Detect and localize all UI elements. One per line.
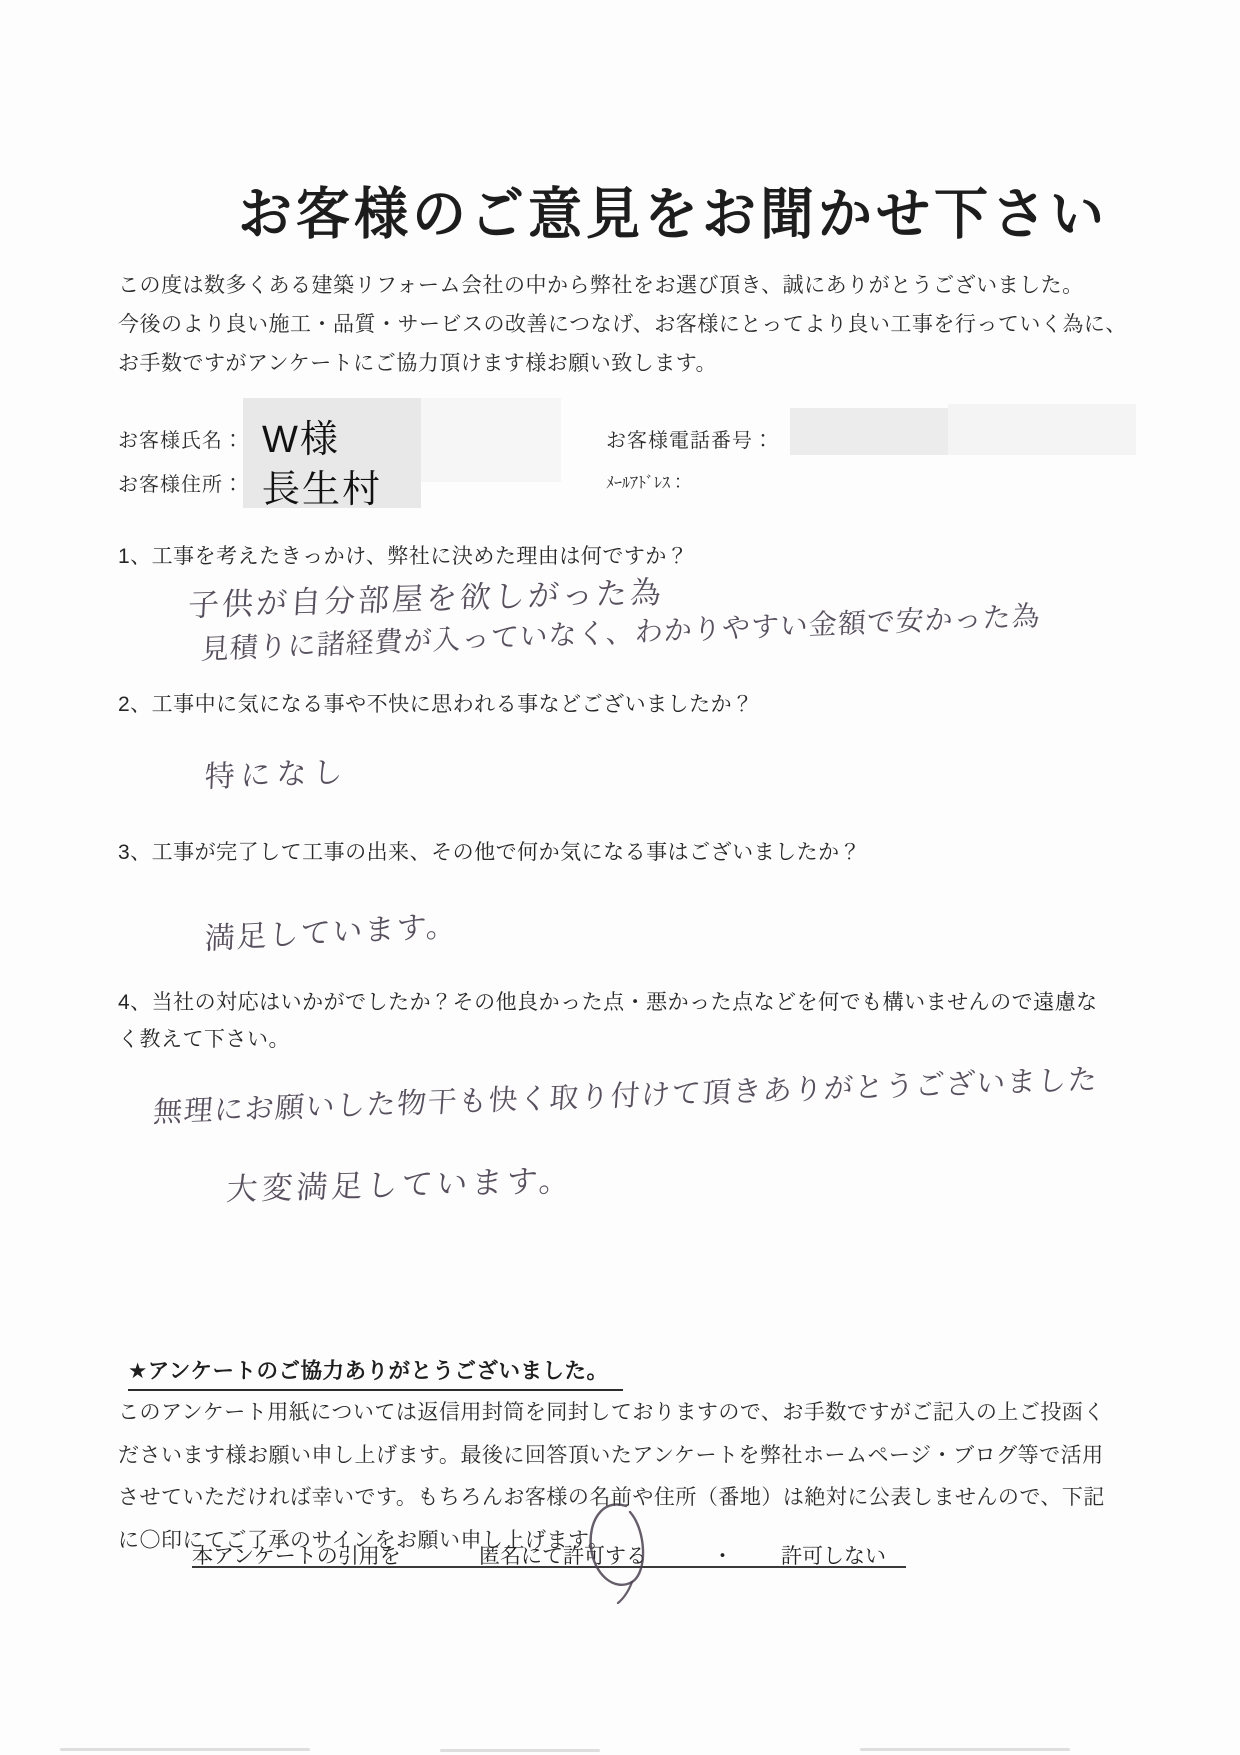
customer-address-label: お客様住所： (118, 468, 244, 497)
scan-artifact (860, 1748, 1070, 1751)
footer-heading: ★アンケートのご協力ありがとうございました。 (128, 1354, 623, 1391)
consent-separator-dot: ・ (712, 1540, 733, 1570)
consent-line: 本アンケートの引用を 匿名にて許可する ・ 許可しない (192, 1540, 906, 1568)
scanned-survey-page: お客様のご意見をお聞かせ下さい この度は数多くある建築リフォーム会社の中から弊社… (0, 0, 1240, 1755)
intro-paragraph: この度は数多くある建築リフォーム会社の中から弊社をお選び頂き、誠にありがとうござ… (118, 266, 1127, 383)
customer-email-label: ﾒｰﾙｱﾄﾞﾚｽ： (606, 470, 686, 493)
customer-name-value: W様 (262, 408, 340, 463)
question-4-line-1: 4、当社の対応はいかがでしたか？その他良かった点・悪かった点などを何でも構いませ… (118, 986, 1098, 1016)
customer-address-value: 長生村 (262, 458, 382, 513)
scan-artifact (440, 1749, 600, 1752)
question-3: 3、工事が完了して工事の出来、その他で何か気になる事はございましたか？ (118, 836, 861, 866)
question-4-line-2: く教えて下さい。 (118, 1023, 290, 1053)
customer-name-label: お客様氏名： (118, 424, 244, 453)
answer-2-line-1: 特になし (204, 747, 349, 796)
handwritten-circle-mark (580, 1500, 656, 1604)
consent-option-deny: 許可しない (781, 1540, 886, 1570)
answer-4-line-2: 大変満足しています。 (225, 1155, 576, 1209)
question-2: 2、工事中に気になる事や不快に思われる事などございましたか？ (118, 688, 754, 718)
intro-line-3: お手数ですがアンケートにご協力頂けます様お願い致します。 (118, 344, 1127, 383)
consent-prefix: 本アンケートの引用を (192, 1540, 401, 1570)
page-title: お客様のご意見をお聞かせ下さい (238, 170, 1108, 250)
scan-artifact (60, 1748, 310, 1751)
customer-phone-label: お客様電話番号： (606, 424, 774, 453)
footer-line-1: このアンケート用紙については返信用封筒を同封しておりますので、お手数ですがご記入… (118, 1392, 1105, 1435)
answer-4-line-1: 無理にお願いした物干も快く取り付けて頂きありがとうございました (152, 1057, 1100, 1131)
intro-line-2: 今後のより良い施工・品質・サービスの改善につなげ、お客様にとってより良い工事を行… (118, 305, 1127, 344)
question-1: 1、工事を考えたきっかけ、弊社に決めた理由は何ですか？ (118, 540, 688, 570)
name-highlight-box-light (421, 398, 561, 482)
footer-line-2: ださいます様お願い申し上げます。最後に回答頂いたアンケートを弊社ホームページ・ブ… (118, 1435, 1105, 1478)
phone-highlight-box (790, 408, 948, 455)
phone-highlight-box-light (948, 404, 1136, 455)
answer-3-line-1: 満足しています。 (204, 901, 459, 958)
intro-line-1: この度は数多くある建築リフォーム会社の中から弊社をお選び頂き、誠にありがとうござ… (118, 266, 1127, 305)
